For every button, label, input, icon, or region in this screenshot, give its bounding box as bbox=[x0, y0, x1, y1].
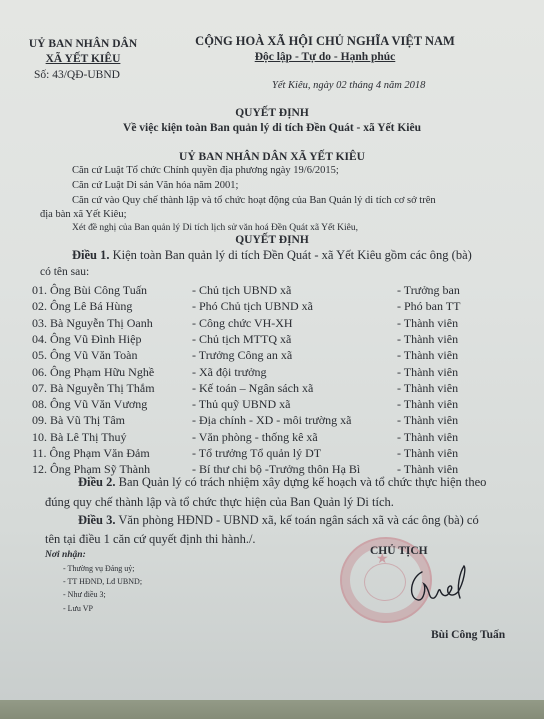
article-3: Điều 3. Văn phòng HĐND - UBND xã, kế toá… bbox=[78, 513, 479, 528]
member-row: 03. Bà Nguyễn Thị Oanh- Công chức VH-XH-… bbox=[32, 316, 512, 332]
decision-title: QUYẾT ĐỊNH bbox=[0, 107, 544, 119]
member-row: 05. Ông Vũ Văn Toàn- Trưởng Công an xã- … bbox=[32, 348, 512, 364]
member-name: 09. Bà Vũ Thị Tâm bbox=[32, 413, 125, 428]
member-name: 02. Ông Lê Bá Hùng bbox=[32, 299, 132, 314]
handwritten-signature bbox=[400, 558, 480, 608]
legal-basis-3-cont: địa bàn xã Yết Kiêu; bbox=[40, 209, 127, 220]
member-name: 11. Ông Phạm Văn Đảm bbox=[32, 446, 150, 461]
document-number: Số: 43/QĐ-UBND bbox=[34, 69, 120, 81]
member-position: - Địa chính - XD - môi trường xã bbox=[192, 413, 351, 428]
article-1-text: Kiện toàn Ban quản lý di tích Đền Quát -… bbox=[113, 248, 472, 262]
member-role: - Thành viên bbox=[397, 365, 458, 380]
member-name: 08. Ông Vũ Văn Vương bbox=[32, 397, 147, 412]
member-name: 01. Ông Bùi Công Tuấn bbox=[32, 283, 147, 298]
recipient-item: - Như điều 3; bbox=[63, 590, 106, 599]
member-row: 04. Ông Vũ Đình Hiệp- Chủ tịch MTTQ xã- … bbox=[32, 332, 512, 348]
member-row: 11. Ông Phạm Văn Đảm- Tổ trưởng Tổ quản … bbox=[32, 446, 512, 462]
member-row: 06. Ông Phạm Hữu Nghề- Xã đội trưởng- Th… bbox=[32, 365, 512, 381]
recipient-item: - Lưu VP bbox=[63, 604, 93, 613]
member-role: - Thành viên bbox=[397, 332, 458, 347]
article-3-text: Văn phòng HĐND - UBND xã, kế toán ngân s… bbox=[118, 513, 478, 527]
issuing-authority: UỶ BAN NHÂN DÂN bbox=[18, 38, 148, 50]
article-2: Điều 2. Ban Quản lý có trách nhiệm xây d… bbox=[78, 475, 486, 490]
issuer-heading: UỶ BAN NHÂN DÂN XÃ YẾT KIÊU bbox=[0, 151, 544, 163]
member-name: 03. Bà Nguyễn Thị Oanh bbox=[32, 316, 153, 331]
article-2-cont: đúng quy chế thành lập và tổ chức thực h… bbox=[45, 495, 394, 510]
recipients-label: Nơi nhận: bbox=[45, 550, 86, 560]
member-name: 05. Ông Vũ Văn Toàn bbox=[32, 348, 138, 363]
member-row: 08. Ông Vũ Văn Vương- Thủ quỹ UBND xã- T… bbox=[32, 397, 512, 413]
recipient-item: - TT HĐND, Lđ UBND; bbox=[63, 577, 142, 586]
member-role: - Thành viên bbox=[397, 397, 458, 412]
member-position: - Chủ tịch MTTQ xã bbox=[192, 332, 291, 347]
table-surface bbox=[0, 700, 544, 719]
member-name: 07. Bà Nguyễn Thị Thắm bbox=[32, 381, 155, 396]
legal-basis-4: Xét đề nghị của Ban quản lý Di tích lịch… bbox=[72, 223, 358, 233]
legal-basis-2: Căn cứ Luật Di sản Văn hóa năm 2001; bbox=[72, 180, 238, 191]
article-2-text: Ban Quản lý có trách nhiệm xây dựng kế h… bbox=[119, 475, 487, 489]
member-role: - Phó ban TT bbox=[397, 299, 460, 314]
document-date: Yết Kiêu, ngày 02 tháng 4 năm 2018 bbox=[272, 80, 425, 91]
article-3-cont: tên tại điều 1 căn cứ quyết định thi hàn… bbox=[45, 532, 256, 547]
member-role: - Thành viên bbox=[397, 446, 458, 461]
legal-basis-1: Căn cứ Luật Tổ chức Chính quyền địa phươ… bbox=[72, 165, 339, 176]
member-name: 06. Ông Phạm Hữu Nghề bbox=[32, 365, 154, 380]
member-name: 10. Bà Lê Thị Thuý bbox=[32, 430, 127, 445]
member-position: - Tổ trưởng Tổ quản lý DT bbox=[192, 446, 321, 461]
member-row: 10. Bà Lê Thị Thuý- Văn phòng - thống kê… bbox=[32, 430, 512, 446]
member-row: 07. Bà Nguyễn Thị Thắm- Kế toán – Ngân s… bbox=[32, 381, 512, 397]
member-position: - Thủ quỹ UBND xã bbox=[192, 397, 290, 412]
member-position: - Công chức VH-XH bbox=[192, 316, 293, 331]
member-role: - Trưởng ban bbox=[397, 283, 460, 298]
article-3-label: Điều 3. bbox=[78, 513, 116, 527]
member-role: - Thành viên bbox=[397, 413, 458, 428]
member-role: - Thành viên bbox=[397, 430, 458, 445]
member-position: - Xã đội trưởng bbox=[192, 365, 267, 380]
member-row: 09. Bà Vũ Thị Tâm- Địa chính - XD - môi … bbox=[32, 413, 512, 429]
document-page: UỶ BAN NHÂN DÂN XÃ YẾT KIÊU Số: 43/QĐ-UB… bbox=[0, 0, 544, 700]
member-position: - Kế toán – Ngân sách xã bbox=[192, 381, 313, 396]
decision-heading: QUYẾT ĐỊNH bbox=[0, 234, 544, 246]
member-role: - Thành viên bbox=[397, 381, 458, 396]
member-role: - Thành viên bbox=[397, 348, 458, 363]
country-title: CỘNG HOÀ XÃ HỘI CHỦ NGHĨA VIỆT NAM bbox=[180, 34, 470, 49]
member-role: - Thành viên bbox=[397, 316, 458, 331]
article-1-label: Điều 1. bbox=[72, 248, 110, 262]
member-row: 01. Ông Bùi Công Tuấn- Chủ tịch UBND xã-… bbox=[32, 283, 512, 299]
recipient-item: - Thường vụ Đảng uỷ; bbox=[63, 564, 135, 573]
signer-title: CHỦ TỊCH bbox=[370, 545, 428, 557]
member-row: 02. Ông Lê Bá Hùng- Phó Chủ tịch UBND xã… bbox=[32, 299, 512, 315]
article-1-cont: có tên sau: bbox=[40, 266, 89, 278]
decision-subject: Về việc kiện toàn Ban quản lý di tích Đề… bbox=[0, 122, 544, 134]
legal-basis-3: Căn cứ vào Quy chế thành lập và tổ chức … bbox=[72, 195, 436, 206]
commune-name: XÃ YẾT KIÊU bbox=[18, 53, 148, 65]
national-motto: Độc lập - Tự do - Hạnh phúc bbox=[180, 51, 470, 63]
article-1: Điều 1. Kiện toàn Ban quản lý di tích Đề… bbox=[72, 248, 472, 263]
member-position: - Trưởng Công an xã bbox=[192, 348, 292, 363]
article-2-label: Điều 2. bbox=[78, 475, 116, 489]
member-position: - Phó Chủ tịch UBND xã bbox=[192, 299, 313, 314]
member-position: - Văn phòng - thống kê xã bbox=[192, 430, 318, 445]
signer-name: Bùi Công Tuấn bbox=[431, 629, 505, 641]
member-name: 04. Ông Vũ Đình Hiệp bbox=[32, 332, 141, 347]
member-position: - Chủ tịch UBND xã bbox=[192, 283, 291, 298]
